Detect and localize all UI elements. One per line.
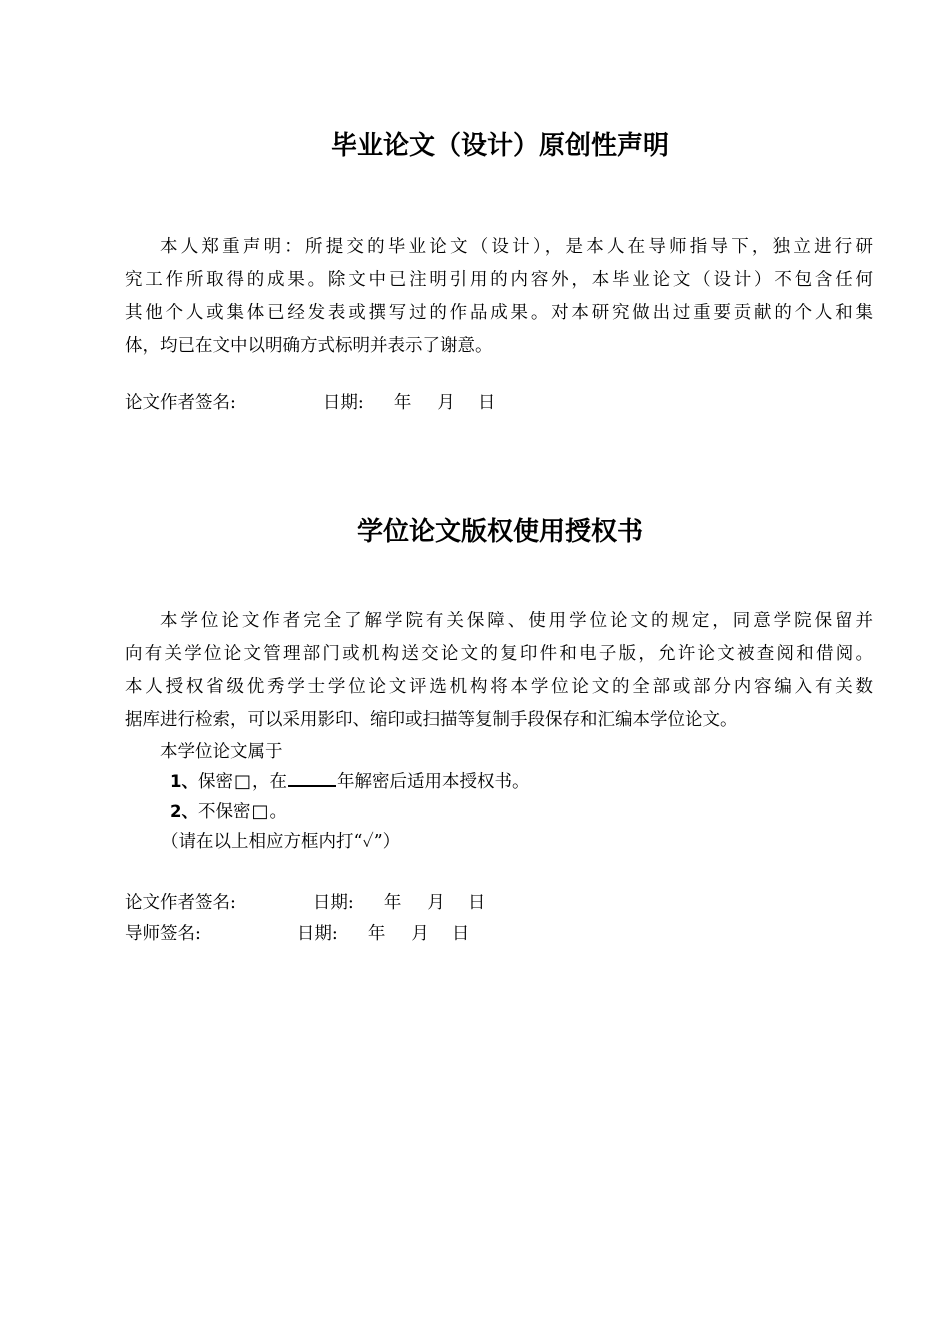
author-signature-row: 论文作者签名: 日期: 年 月 日 <box>125 387 495 420</box>
option-number: 1、 <box>170 772 198 791</box>
option-confidential: 1、保密□，在年解密后适用本授权书。 <box>170 767 873 797</box>
confidential-checkbox-icon[interactable]: □ <box>233 771 252 792</box>
paragraph-line: 本人郑重声明：所提交的毕业论文（设计），是本人在导师指导下，独立进行研 <box>125 231 873 264</box>
option-text: 。 <box>270 802 288 822</box>
option-non-confidential: 2、不保密□。 <box>170 797 873 827</box>
paragraph-line: 究工作所取得的成果。除文中已注明引用的内容外，本毕业论文（设计）不包含任何 <box>125 264 873 297</box>
option-number: 2、 <box>170 802 198 821</box>
option-text: 年解密后适用本授权书。 <box>337 772 530 792</box>
originality-statement-title: 毕业论文（设计）原创性声明 <box>125 128 875 164</box>
thesis-belongs-line: 本学位论文属于 <box>125 737 873 767</box>
paragraph-line: 本人授权省级优秀学士学位论文评选机构将本学位论文的全部或部分内容编入有关数 <box>125 671 873 704</box>
date-label: 日期: <box>297 918 338 951</box>
paragraph-line: 体，均已在文中以明确方式标明并表示了谢意。 <box>125 330 873 363</box>
paragraph-line: 其他个人或集体已经发表或撰写过的作品成果。对本研究做出过重要贡献的个人和集 <box>125 297 873 330</box>
originality-statement-paragraph: 本人郑重声明：所提交的毕业论文（设计），是本人在导师指导下，独立进行研 究工作所… <box>125 231 873 363</box>
non-confidential-checkbox-icon[interactable]: □ <box>250 801 269 822</box>
paragraph-line: 向有关学位论文管理部门或机构送交论文的复印件和电子版，允许论文被查阅和借阅。 <box>125 638 873 671</box>
day-label: 日 <box>452 918 470 951</box>
document-page: 毕业论文（设计）原创性声明 本人郑重声明：所提交的毕业论文（设计），是本人在导师… <box>0 0 950 1344</box>
day-label: 日 <box>478 387 496 420</box>
date-label: 日期: <box>323 387 364 420</box>
copyright-authorization-paragraph: 本学位论文作者完全了解学院有关保障、使用学位论文的规定，同意学院保留并 向有关学… <box>125 605 873 737</box>
author-signature-row: 论文作者签名: 日期: 年 月 日 <box>125 887 485 920</box>
year-label: 年 <box>384 887 402 920</box>
supervisor-signature-label: 导师签名: <box>125 918 201 951</box>
year-label: 年 <box>394 387 412 420</box>
option-text: 保密 <box>198 772 233 792</box>
paragraph-line: 据库进行检索，可以采用影印、缩印或扫描等复制手段保存和汇编本学位论文。 <box>125 704 873 737</box>
month-label: 月 <box>437 387 455 420</box>
year-label: 年 <box>368 918 386 951</box>
copyright-authorization-title: 学位论文版权使用授权书 <box>125 514 875 550</box>
checkbox-instruction-note: （请在以上相应方框内打“✓”） <box>161 827 873 857</box>
month-label: 月 <box>411 918 429 951</box>
date-label: 日期: <box>313 887 354 920</box>
author-signature-label: 论文作者签名: <box>125 387 236 420</box>
author-signature-label: 论文作者签名: <box>125 887 236 920</box>
paragraph-line: 本学位论文作者完全了解学院有关保障、使用学位论文的规定，同意学院保留并 <box>125 605 873 638</box>
month-label: 月 <box>427 887 445 920</box>
option-text: ，在 <box>252 772 287 792</box>
confidentiality-options: 本学位论文属于 1、保密□，在年解密后适用本授权书。 2、不保密□。 （请在以上… <box>125 737 873 857</box>
year-blank-field[interactable] <box>288 771 336 787</box>
day-label: 日 <box>468 887 486 920</box>
supervisor-signature-row: 导师签名: 日期: 年 月 日 <box>125 918 469 951</box>
option-text: 不保密 <box>198 802 251 822</box>
